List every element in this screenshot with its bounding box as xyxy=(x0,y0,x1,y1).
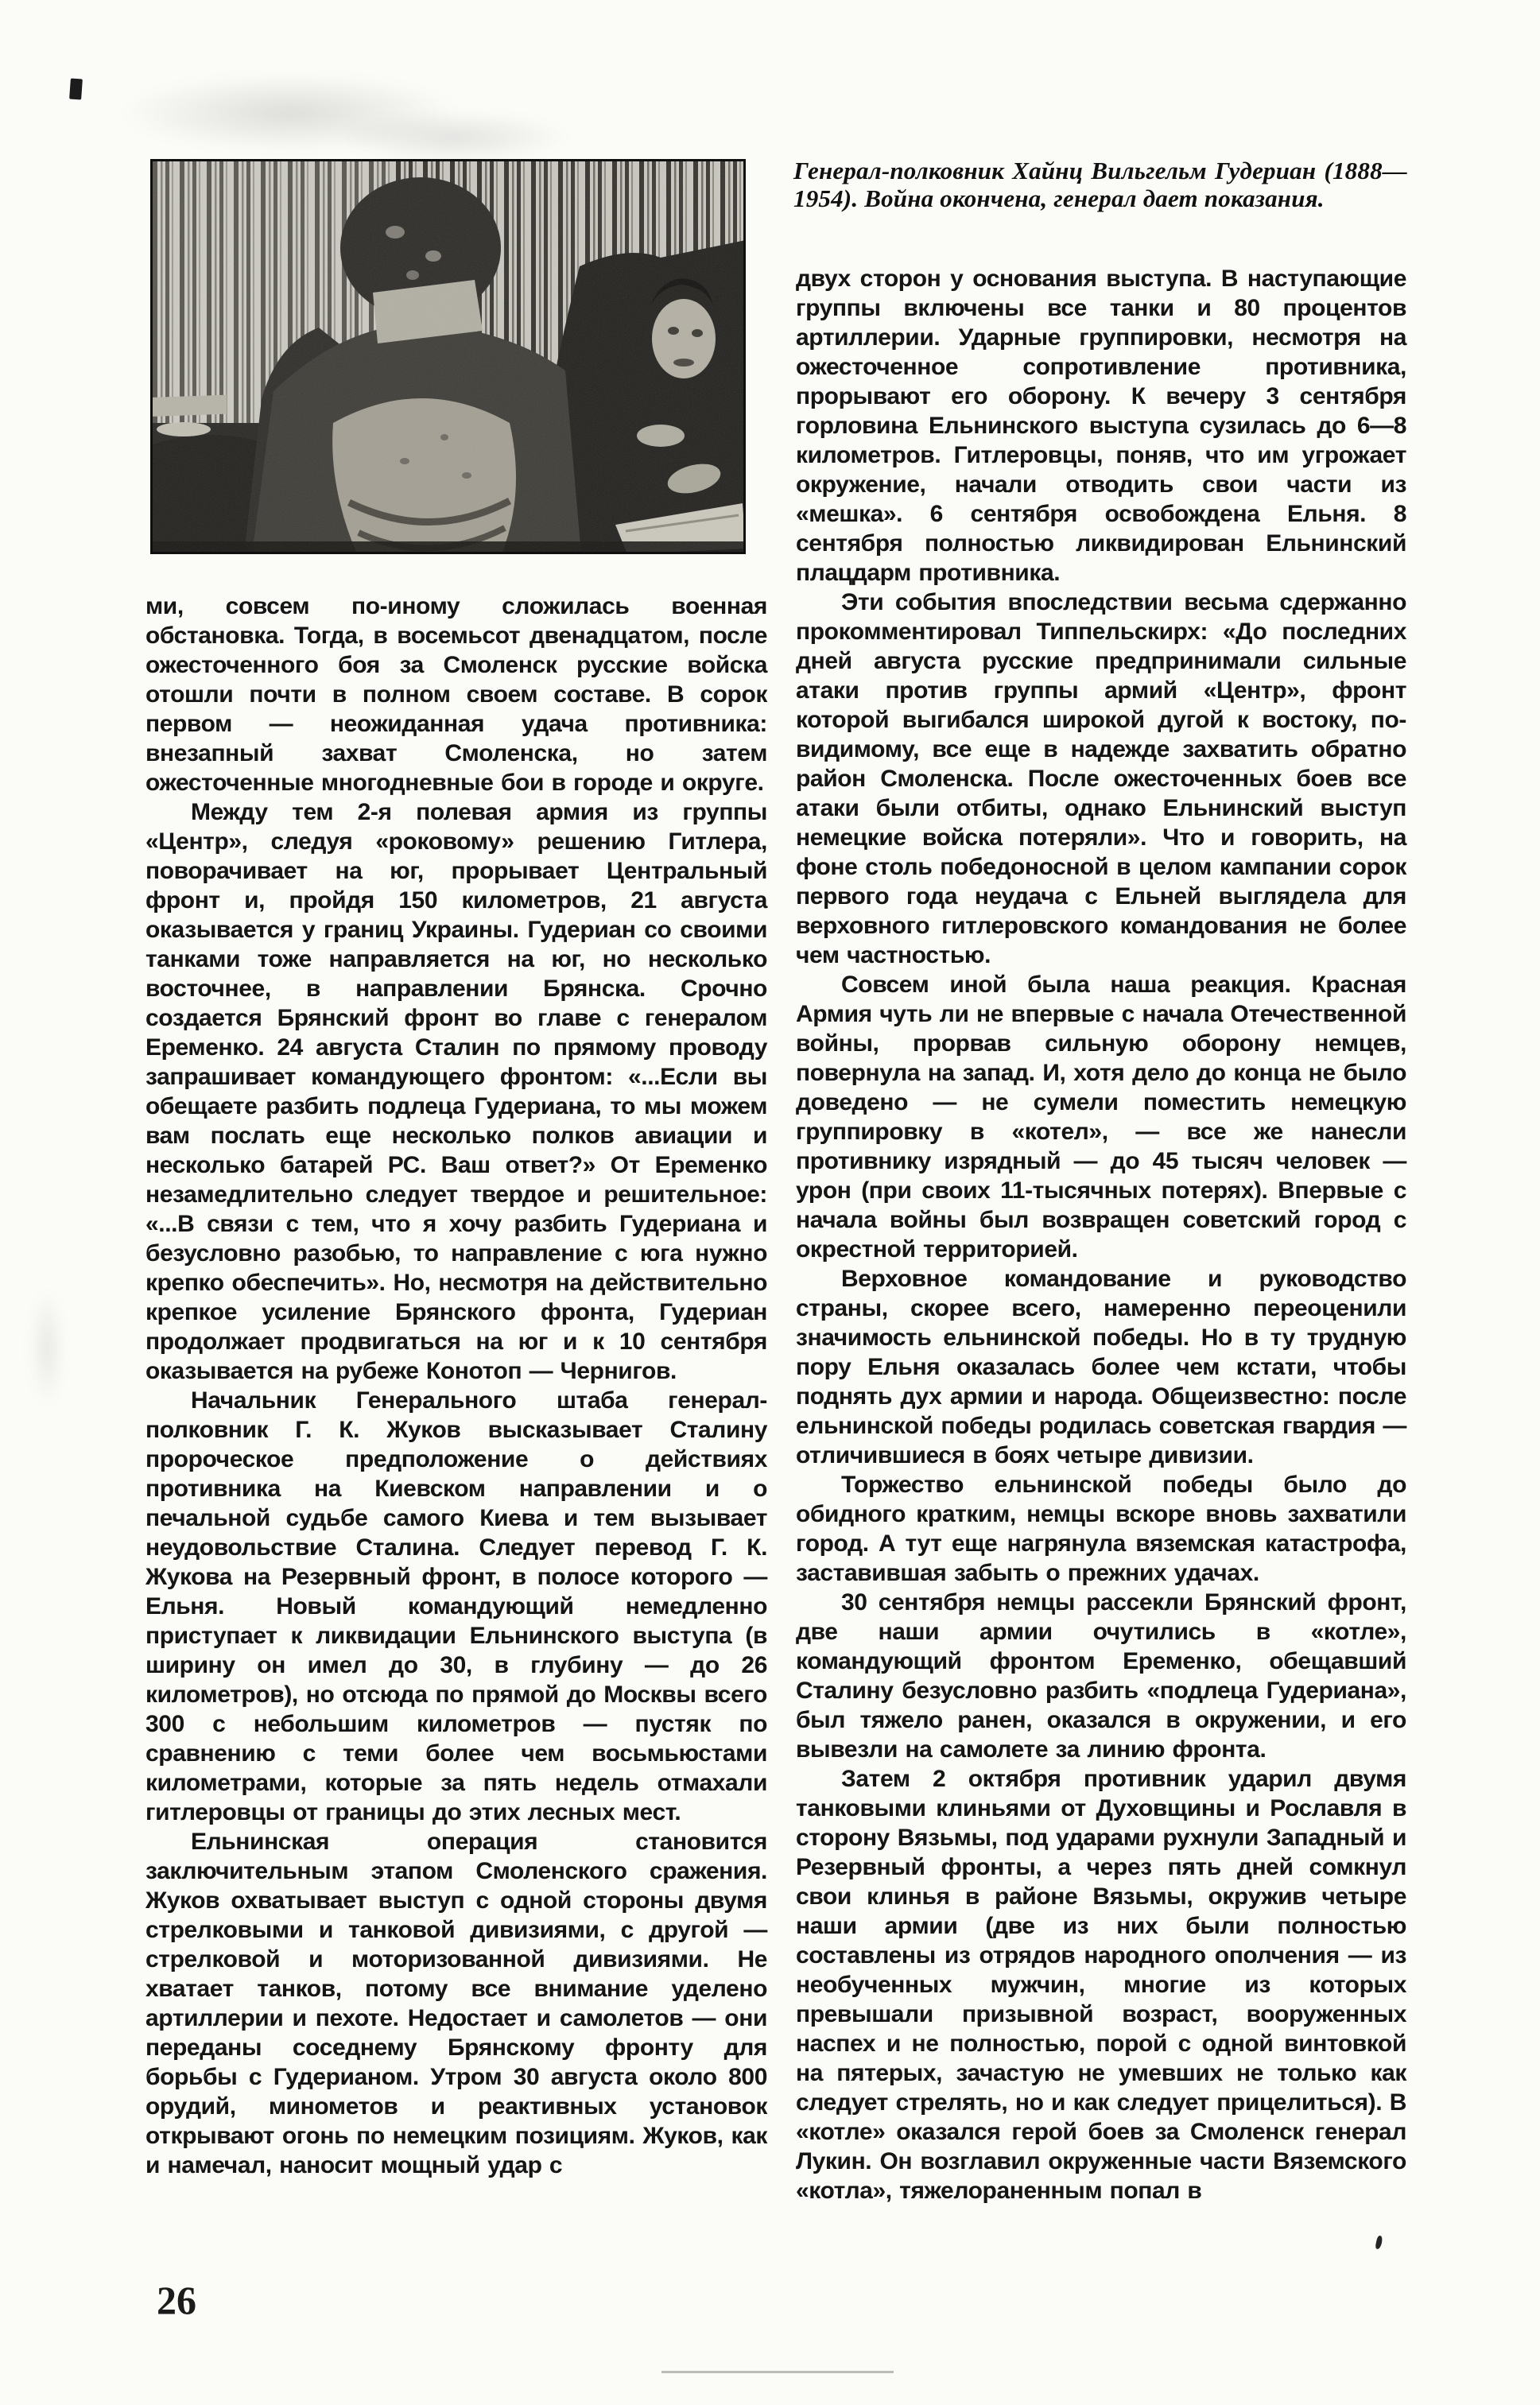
paragraph: Начальник Генерального штаба генерал-пол… xyxy=(145,1386,767,1827)
photo-illustration xyxy=(150,159,746,554)
paragraph: Ельнинская операция становится заключите… xyxy=(145,1827,767,2180)
paragraph: Верховное командование и руководство стр… xyxy=(796,1264,1406,1470)
scanned-book-page: Генерал-полковник Хайнц Вильгельм Гудери… xyxy=(0,0,1540,2405)
right-text-column: двух сторон у основания выступа. В насту… xyxy=(796,264,1406,2205)
photo-caption: Генерал-полковник Хайнц Вильгельм Гудери… xyxy=(793,157,1407,212)
scan-ink-speck xyxy=(1375,2235,1383,2249)
paragraph: двух сторон у основания выступа. В насту… xyxy=(796,264,1406,588)
paragraph: ми, совсем по-иному сложилась военная об… xyxy=(145,592,767,797)
page-number: 26 xyxy=(157,2280,196,2320)
scan-fold-line xyxy=(661,2371,894,2373)
paragraph: Эти события впоследствии весьма сдержанн… xyxy=(796,588,1406,970)
paragraph: Торжество ельнинской победы было до обид… xyxy=(796,1470,1406,1588)
scan-ink-mark xyxy=(69,79,83,100)
scan-smudge xyxy=(334,111,572,163)
left-text-column: ми, совсем по-иному сложилась военная об… xyxy=(145,592,767,2180)
paragraph: Совсем иной была наша реакция. Красная А… xyxy=(796,970,1406,1264)
guderian-interrogation-photo xyxy=(150,159,746,554)
scan-smudge xyxy=(29,1288,65,1407)
paragraph: Между тем 2-я полевая армия из группы «Ц… xyxy=(145,797,767,1386)
paragraph: 30 сентября немцы рассекли Брянский фрон… xyxy=(796,1588,1406,1764)
paragraph: Затем 2 октября противник ударил двумя т… xyxy=(796,1764,1406,2205)
